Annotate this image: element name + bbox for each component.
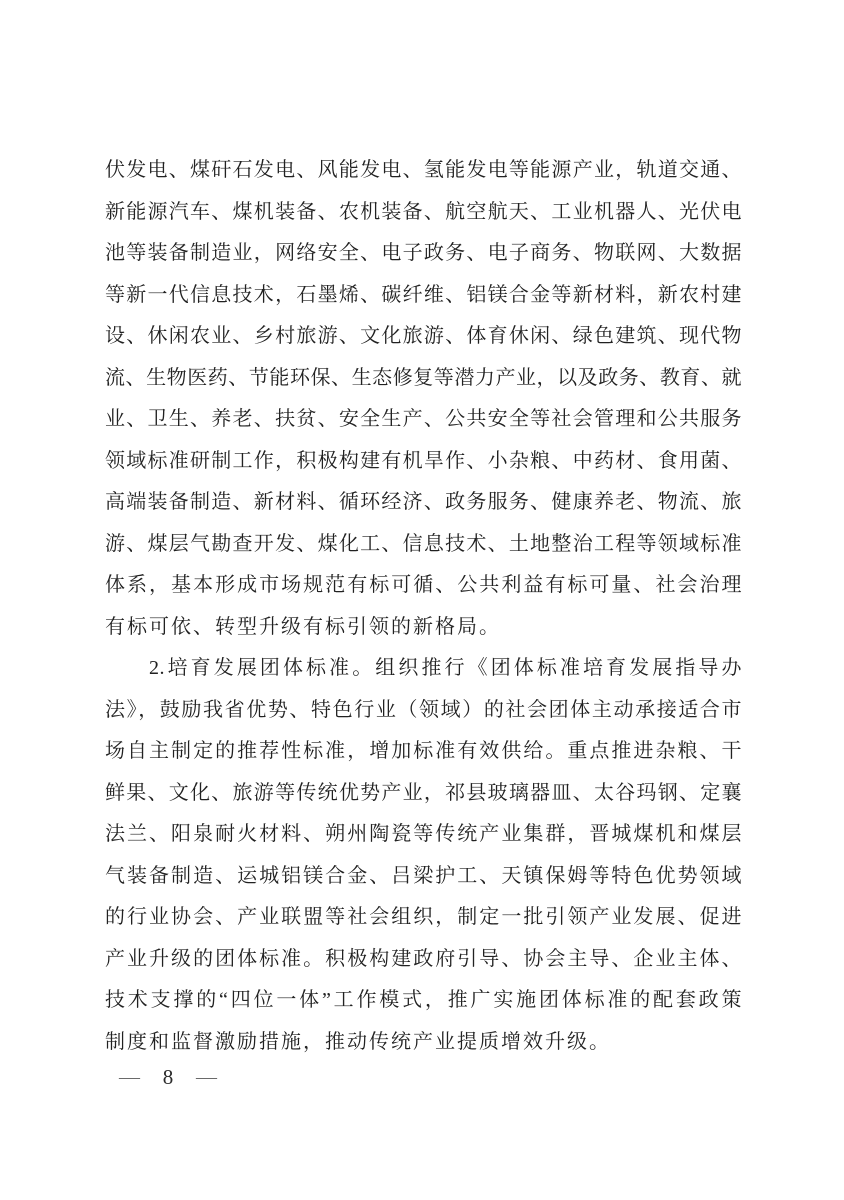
text-line: 体系，基本形成市场规范有标可循、公共利益有标可量、社会治理 [105,565,742,607]
text-line: 流、生物医药、节能环保、生态修复等潜力产业，以及政务、教育、就 [105,358,742,400]
text-line: 等新一代信息技术，石墨烯、碳纤维、铝镁合金等新材料，新农村建 [105,275,742,317]
footer-dash-right: — [196,1065,217,1089]
text-line: 法兰、阳泉耐火材料、朔州陶瓷等传统产业集群，晋城煤机和煤层 [105,814,742,856]
text-line: 制度和监督激励措施，推动传统产业提质增效升级。 [105,1022,742,1064]
text-line: 鲜果、文化、旅游等传统优势产业，祁县玻璃器皿、太谷玛钢、定襄 [105,773,742,815]
text-line: 新能源汽车、煤机装备、农机装备、航空航天、工业机器人、光伏电 [105,192,742,234]
text-line: 场自主制定的推荐性标准，增加标准有效供给。重点推进杂粮、干 [105,731,742,773]
text-line: 的行业协会、产业联盟等社会组织，制定一批引领产业发展、促进 [105,897,742,939]
page-footer: — 8 — [119,1062,217,1092]
page-number: 8 [163,1062,174,1092]
document-page: 伏发电、煤矸石发电、风能发电、氢能发电等能源产业，轨道交通、 新能源汽车、煤机装… [0,0,844,1200]
text-line: 池等装备制造业，网络安全、电子政务、电子商务、物联网、大数据 [105,233,742,275]
text-line: 有标可依、转型升级有标引领的新格局。 [105,607,742,649]
text-line: 气装备制造、运城铝镁合金、吕梁护工、天镇保姆等特色优势领域 [105,856,742,898]
text-line: 业、卫生、养老、扶贫、安全生产、公共安全等社会管理和公共服务 [105,399,742,441]
text-line: 游、煤层气勘查开发、煤化工、信息技术、土地整治工程等领域标准 [105,524,742,566]
text-line-paragraph-start: 2.培育发展团体标准。组织推行《团体标准培育发展指导办 [105,648,742,690]
text-line: 伏发电、煤矸石发电、风能发电、氢能发电等能源产业，轨道交通、 [105,150,742,192]
footer-dash-left: — [119,1065,140,1089]
text-line: 法》，鼓励我省优势、特色行业（领域）的社会团体主动承接适合市 [105,690,742,732]
text-line: 高端装备制造、新材料、循环经济、政务服务、健康养老、物流、旅 [105,482,742,524]
body-text: 伏发电、煤矸石发电、风能发电、氢能发电等能源产业，轨道交通、 新能源汽车、煤机装… [105,150,742,1063]
text-line: 领域标准研制工作，积极构建有机旱作、小杂粮、中药材、食用菌、 [105,441,742,483]
text-line: 设、休闲农业、乡村旅游、文化旅游、体育休闲、绿色建筑、现代物 [105,316,742,358]
text-line: 产业升级的团体标准。积极构建政府引导、协会主导、企业主体、 [105,939,742,981]
text-line: 技术支撑的“四位一体”工作模式，推广实施团体标准的配套政策 [105,980,742,1022]
